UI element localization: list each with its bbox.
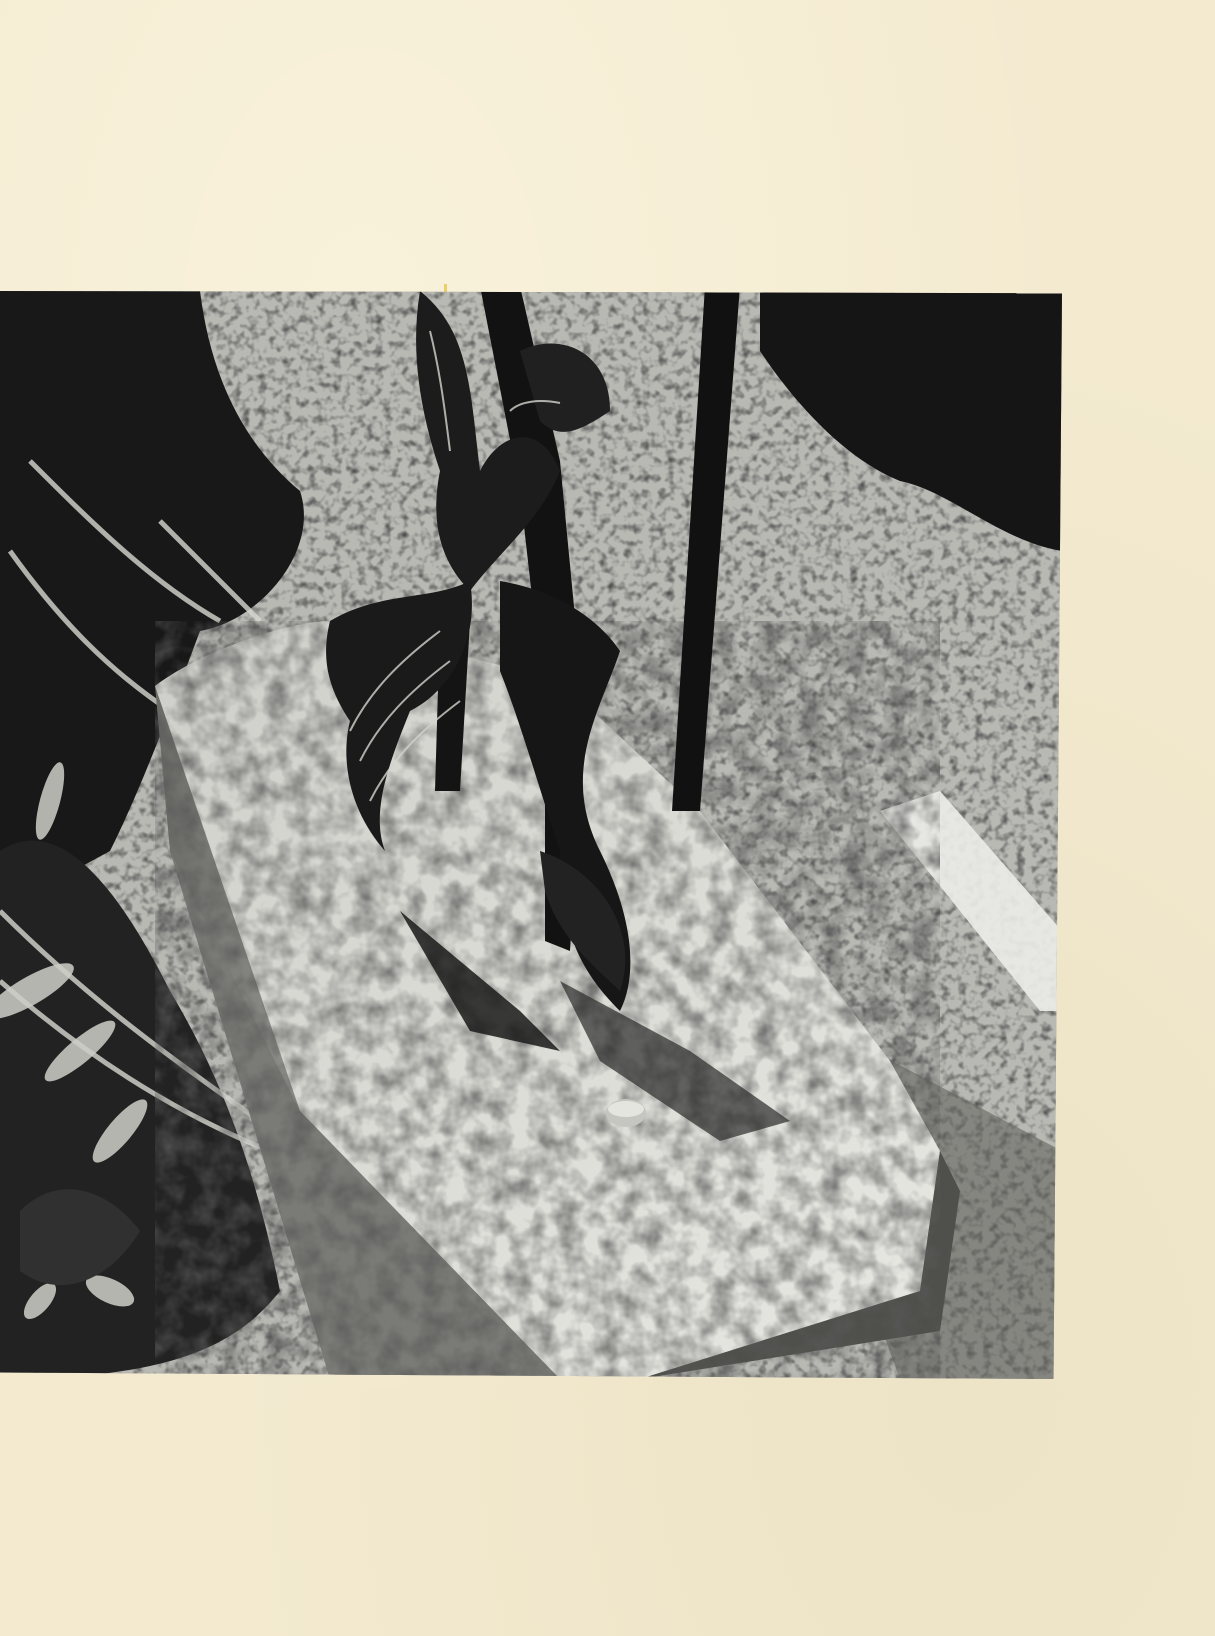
mounted-photograph [0,291,1062,1379]
tape-mark [444,284,447,292]
photo-scene [0,291,1062,1379]
album-page [0,0,1215,1636]
